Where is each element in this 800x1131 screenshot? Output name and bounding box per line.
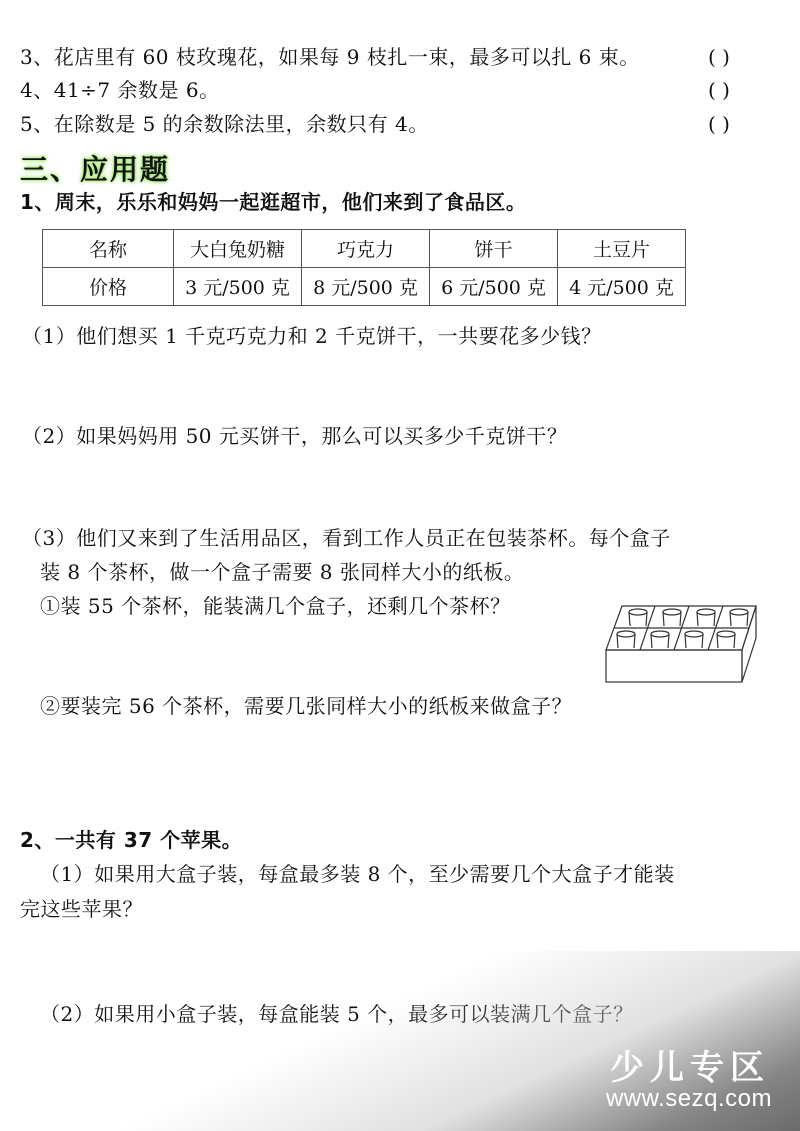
problem-1-question-3-line-1: （3）他们又来到了生活用品区，看到工作人员正在包装茶杯。每个盒子 bbox=[22, 524, 671, 552]
answer-blank-5[interactable]: ( ) bbox=[708, 110, 730, 138]
answer-blank-4[interactable]: ( ) bbox=[708, 76, 730, 104]
judgement-item-3: 3、花店里有 60 枝玫瑰花，如果每 9 枝扎一束，最多可以扎 6 束。 bbox=[20, 43, 640, 71]
problem-2-question-2: （2）如果用小盒子装，每盒能装 5 个，最多可以装满几个盒子？ bbox=[40, 1000, 634, 1028]
problem-2-question-1-line-1: （1）如果用大盒子装，每盒最多装 8 个，至少需要几个大盒子才能装 bbox=[40, 860, 675, 888]
table-header-cell: 饼干 bbox=[430, 230, 558, 268]
problem-1-question-3-line-2: 装 8 个茶杯，做一个盒子需要 8 张同样大小的纸板。 bbox=[40, 558, 524, 586]
table-cell: 6 元/500 克 bbox=[430, 268, 558, 306]
table-cell: 4 元/500 克 bbox=[558, 268, 686, 306]
judgement-item-5: 5、在除数是 5 的余数除法里，余数只有 4。 bbox=[20, 110, 429, 138]
table-cell: 价格 bbox=[43, 268, 174, 306]
table-header-cell: 巧克力 bbox=[302, 230, 430, 268]
watermark-url: www.sezq.com bbox=[606, 1085, 772, 1113]
judgement-item-4: 4、41÷7 余数是 6。 bbox=[20, 76, 220, 104]
watermark-logo: 少儿专区 bbox=[610, 1040, 770, 1089]
worksheet-page: 3、花店里有 60 枝玫瑰花，如果每 9 枝扎一束，最多可以扎 6 束。 ( )… bbox=[0, 0, 800, 1131]
problem-2-question-1-line-2: 完这些苹果？ bbox=[20, 895, 143, 923]
table-row: 价格 3 元/500 克 8 元/500 克 6 元/500 克 4 元/500… bbox=[43, 268, 686, 306]
table-header-row: 名称 大白兔奶糖 巧克力 饼干 土豆片 bbox=[43, 230, 686, 268]
table-header-cell: 大白兔奶糖 bbox=[174, 230, 302, 268]
table-header-cell: 名称 bbox=[43, 230, 174, 268]
problem-1-question-1: （1）他们想买 1 千克巧克力和 2 千克饼干，一共要花多少钱？ bbox=[22, 322, 602, 350]
table-cell: 8 元/500 克 bbox=[302, 268, 430, 306]
problem-1-question-2: （2）如果妈妈用 50 元买饼干，那么可以买多少千克饼干？ bbox=[22, 422, 567, 450]
problem-1-question-3-sub-1: ①装 55 个茶杯，能装满几个盒子，还剩几个茶杯？ bbox=[40, 592, 511, 620]
table-header-cell: 土豆片 bbox=[558, 230, 686, 268]
price-table: 名称 大白兔奶糖 巧克力 饼干 土豆片 价格 3 元/500 克 8 元/500… bbox=[42, 229, 686, 306]
answer-blank-3[interactable]: ( ) bbox=[708, 43, 730, 71]
problem-2-title: 2、一共有 37 个苹果。 bbox=[20, 826, 242, 854]
problem-1-question-3-sub-2: ②要装完 56 个茶杯，需要几张同样大小的纸板来做盒子？ bbox=[40, 692, 572, 720]
problem-1-title: 1、周末，乐乐和妈妈一起逛超市，他们来到了食品区。 bbox=[20, 188, 526, 216]
table-cell: 3 元/500 克 bbox=[174, 268, 302, 306]
cup-box-illustration bbox=[604, 602, 760, 686]
section-title: 三、应用题 bbox=[20, 148, 170, 188]
